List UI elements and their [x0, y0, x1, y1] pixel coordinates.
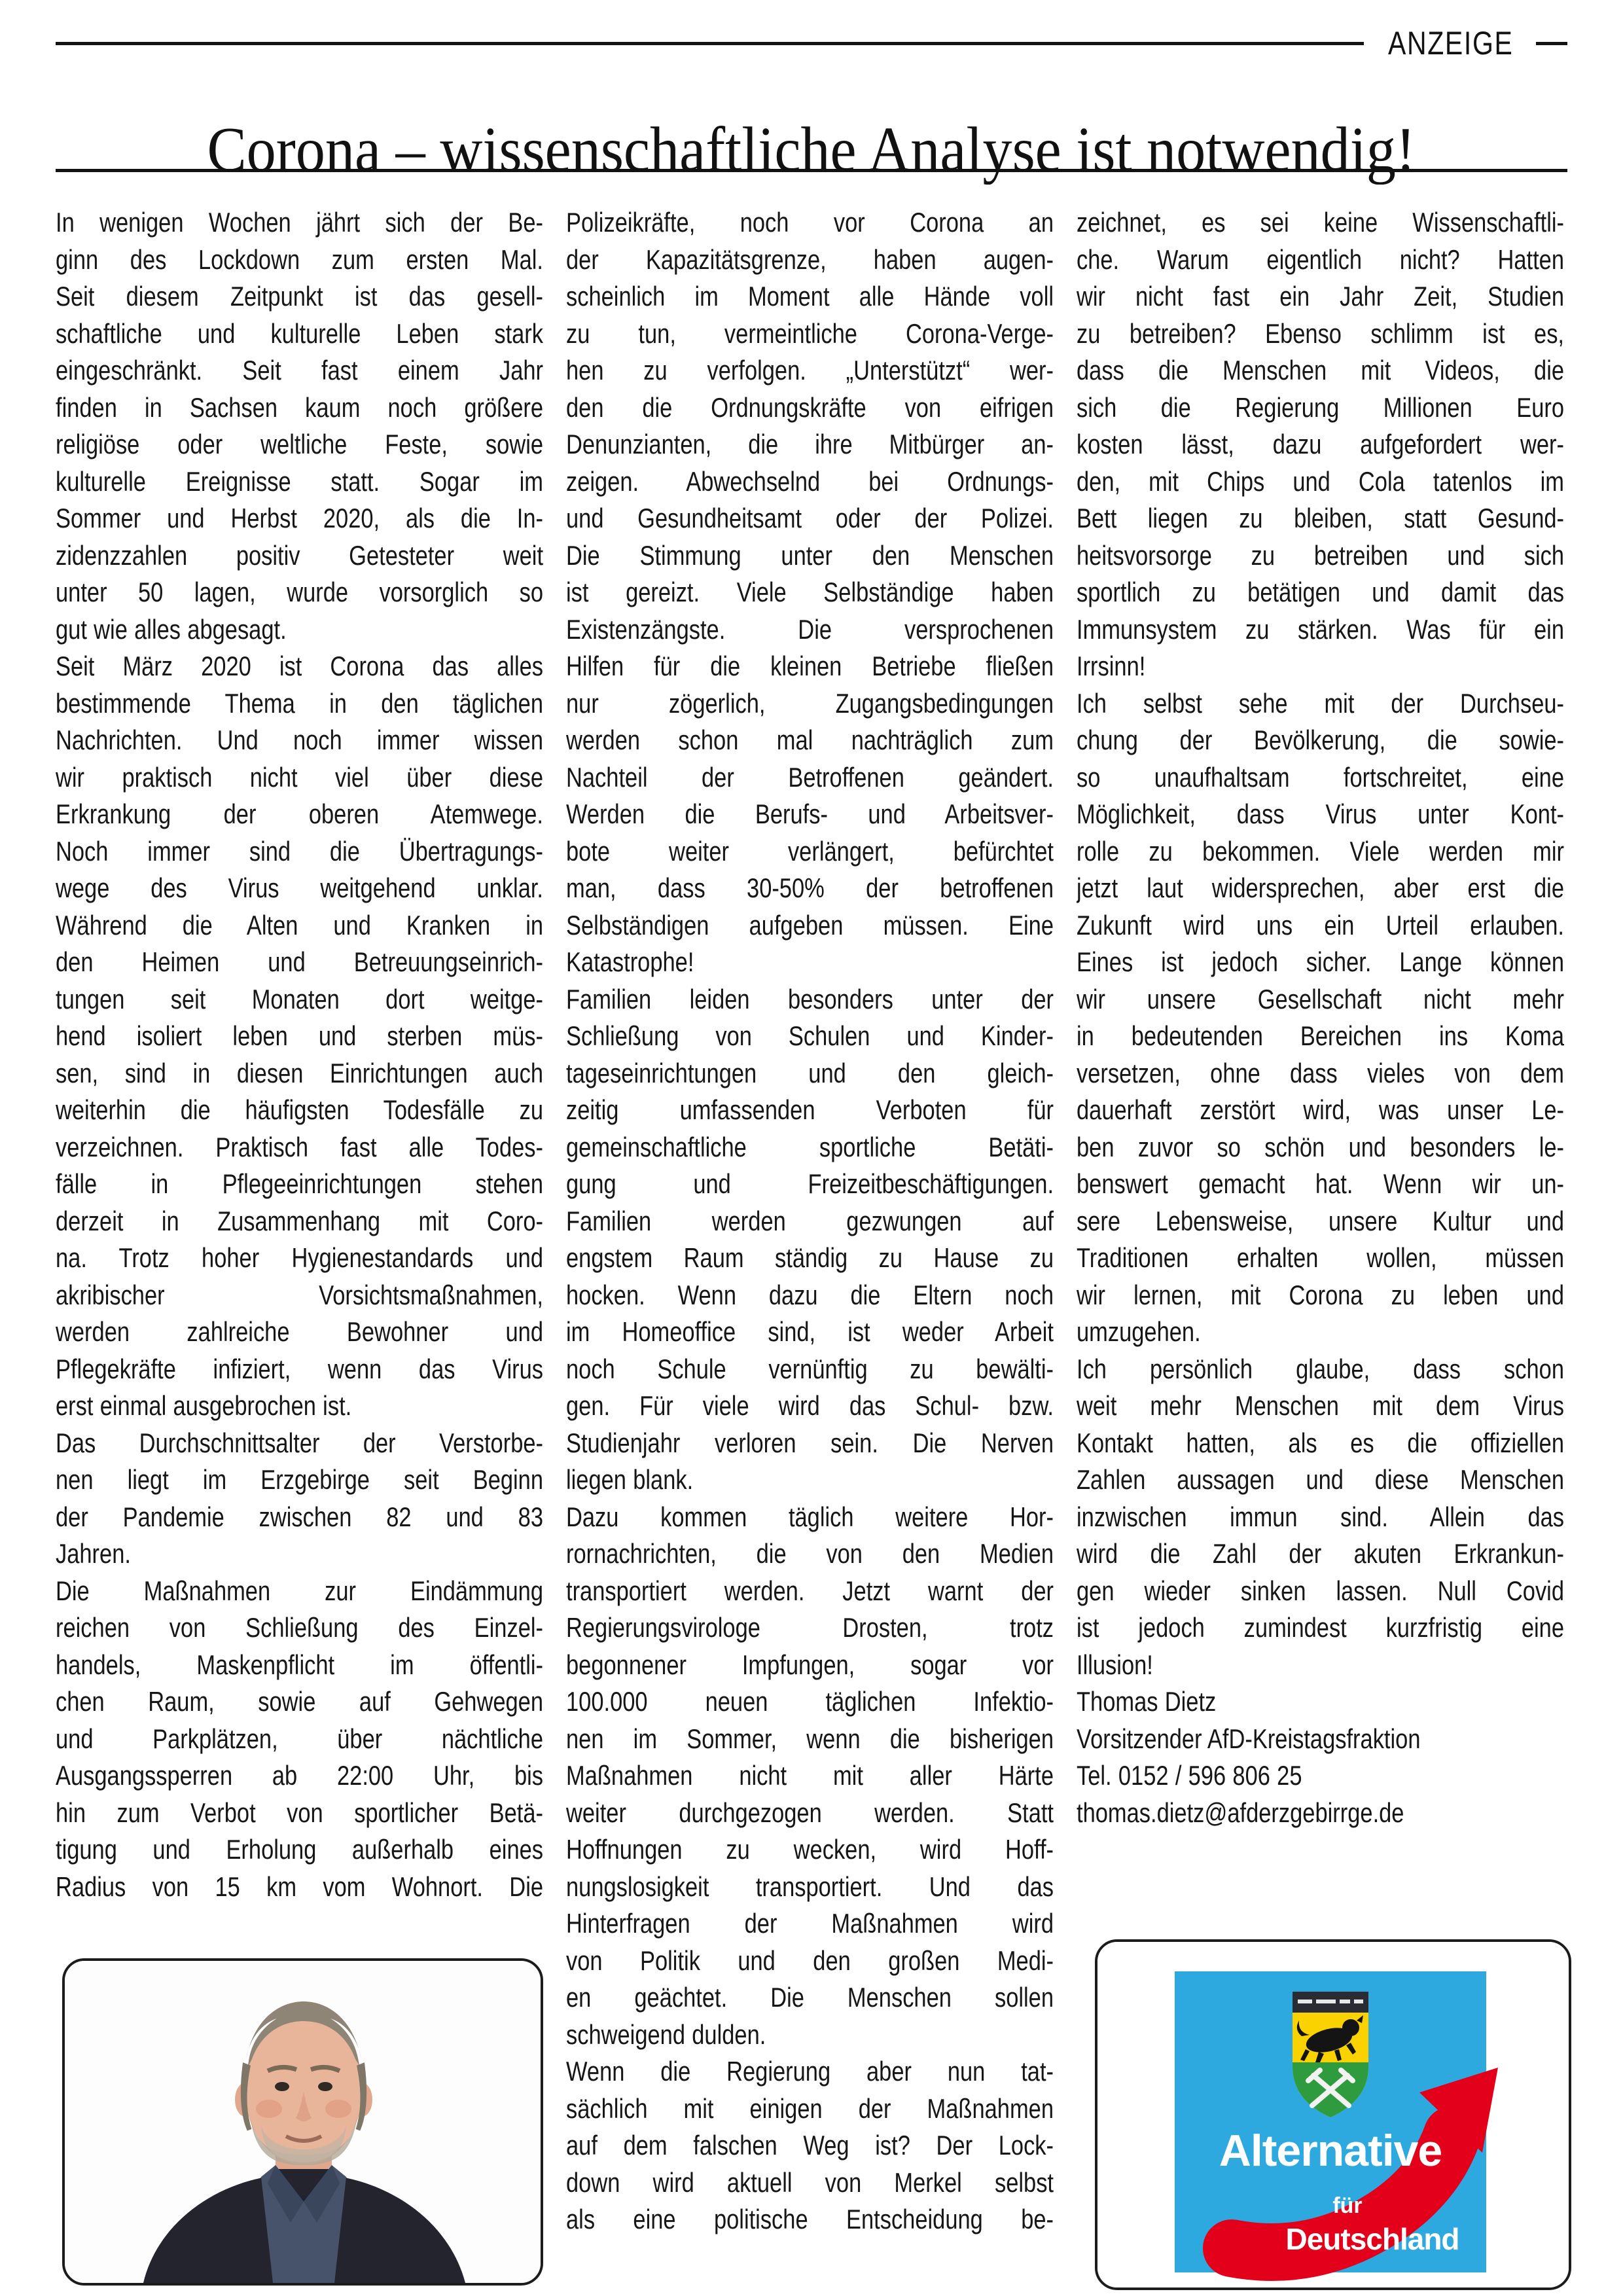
text-line: wege des Virus weitgehend unklar.: [56, 870, 543, 907]
text-line: tungen seit Monaten dort weitge-: [56, 981, 543, 1018]
header-rule-row: ANZEIGE: [56, 26, 1567, 60]
text-line: gen. Für viele wird das Schul- bzw.: [566, 1388, 1054, 1425]
text-line: gung und Freizeitbeschäftigungen.: [566, 1166, 1054, 1203]
text-line: Nachrichten. Und noch immer wissen: [56, 722, 543, 759]
text-line: Hinterfragen der Maßnahmen wird: [566, 1905, 1054, 1943]
text-line: auf dem falschen Weg ist? Der Lock-: [566, 2127, 1054, 2164]
text-line: Ausgangssperren ab 22:00 Uhr, bis: [56, 1757, 543, 1795]
text-line: versetzen, ohne dass vieles von dem: [1077, 1055, 1564, 1092]
text-line: Die Maßnahmen zur Eindämmung: [56, 1573, 543, 1610]
article-column-1: In wenigen Wochen jährt sich der Be-ginn…: [56, 204, 543, 2238]
text-line: Noch immer sind die Übertragungs-: [56, 833, 543, 870]
text-line: weit mehr Menschen mit dem Virus: [1077, 1388, 1564, 1425]
text-line: unter 50 lagen, wurde vorsorglich so: [56, 574, 543, 611]
portrait-eye-right: [318, 2082, 332, 2091]
text-line: noch Schule vernünftig zu bewälti-: [566, 1351, 1054, 1388]
text-line: chung der Bevölkerung, die sowie-: [1077, 722, 1564, 759]
text-line: 100.000 neuen täglichen Infektio-: [566, 1683, 1054, 1721]
text-line: sich die Regierung Millionen Euro: [1077, 389, 1564, 427]
text-line: weiter durchgezogen werden. Statt: [566, 1795, 1054, 1832]
text-line: Hoffnungen zu wecken, wird Hoff-: [566, 1831, 1054, 1869]
text-line: zeigen. Abwechselnd bei Ordnungs-: [566, 463, 1054, 501]
text-line: Nachteil der Betroffenen geändert.: [566, 759, 1054, 797]
page-title-text: Corona – wissenschaftliche Analyse ist n…: [207, 113, 1416, 186]
text-line: kosten lässt, dazu aufgefordert wer-: [1077, 426, 1564, 463]
article-column-3: zeichnet, es sei keine Wissenschaftli-ch…: [1077, 204, 1564, 2238]
text-line: Familien leiden besonders unter der: [566, 981, 1054, 1018]
text-line: erst einmal ausgebrochen ist.: [56, 1388, 543, 1425]
text-line: so unaufhaltsam fortschreitet, eine: [1077, 759, 1564, 797]
afd-wordmark: Alternative: [1219, 2126, 1442, 2176]
text-line: transportiert werden. Jetzt warnt der: [566, 1573, 1054, 1610]
text-line: tigung und Erholung außerhalb eines: [56, 1831, 543, 1869]
text-line: Bett liegen zu bleiben, statt Gesund-: [1077, 500, 1564, 537]
text-line: zeitig umfassenden Verboten für: [566, 1092, 1054, 1129]
text-line: den, mit Chips und Cola tatenlos im: [1077, 463, 1564, 501]
text-line: In wenigen Wochen jährt sich der Be-: [56, 204, 543, 242]
text-line: nur zögerlich, Zugangsbedingungen: [566, 685, 1054, 723]
text-line: und Gesundheitsamt oder der Polizei.: [566, 500, 1054, 537]
text-line: handels, Maskenpflicht im öffentli-: [56, 1647, 543, 1684]
text-line: Sommer und Herbst 2020, als die In-: [56, 500, 543, 537]
text-line: wird die Zahl der akuten Erkrankun-: [1077, 1535, 1564, 1573]
text-line: Ich persönlich glaube, dass schon: [1077, 1351, 1564, 1388]
page-title: Corona – wissenschaftliche Analyse ist n…: [0, 113, 1623, 186]
afd-logo-drawing: Alternative für Deutschland: [1097, 1942, 1569, 2287]
text-line: finden in Sachsen kaum noch größere: [56, 389, 543, 427]
text-line: Maßnahmen nicht mit aller Härte: [566, 1757, 1054, 1795]
text-line: Polizeikräfte, noch vor Corona an: [566, 204, 1054, 242]
text-line: und Parkplätzen, über nächtliche: [56, 1721, 543, 1758]
text-line: hend isoliert leben und sterben müs-: [56, 1018, 543, 1055]
text-line: Wenn die Regierung aber nun tat-: [566, 2053, 1054, 2090]
text-line: gut wie alles abgesagt.: [56, 611, 543, 649]
text-line: Zukunft wird uns ein Urteil erlauben.: [1077, 907, 1564, 944]
text-line: thomas.dietz@afderzgebirrge.de: [1077, 1795, 1564, 1832]
text-line: sere Lebensweise, unsere Kultur und: [1077, 1203, 1564, 1240]
text-line: Tel. 0152 / 596 806 25: [1077, 1757, 1564, 1795]
text-line: scheinlich im Moment alle Hände voll: [566, 278, 1054, 315]
text-line: Werden die Berufs- und Arbeitsver-: [566, 796, 1054, 833]
text-line: schweigend dulden.: [566, 2017, 1054, 2054]
text-line: verzeichnen. Praktisch fast alle Todes-: [56, 1129, 543, 1166]
text-line: der Kapazitätsgrenze, haben augen-: [566, 242, 1054, 279]
text-line: im Homeoffice sind, ist weder Arbeit: [566, 1314, 1054, 1351]
text-line: fälle in Pflegeeinrichtungen stehen: [56, 1166, 543, 1203]
portrait-cheek-left: [256, 2100, 282, 2118]
text-line: werden schon mal nachträglich zum: [566, 722, 1054, 759]
text-line: hen zu verfolgen. „Unterstützt“ wer-: [566, 352, 1054, 389]
title-divider-rule: [56, 169, 1567, 172]
text-line: liegen blank.: [566, 1462, 1054, 1499]
text-line: nen liegt im Erzgebirge seit Beginn: [56, 1462, 543, 1499]
text-line: benswert gemacht hat. Wenn wir un-: [1077, 1166, 1564, 1203]
text-line: in bedeutenden Bereichen ins Koma: [1077, 1018, 1564, 1055]
text-line: akribischer Vorsichtsmaßnahmen,: [56, 1277, 543, 1314]
text-line: nungslosigkeit transportiert. Und das: [566, 1869, 1054, 1906]
text-line: sportlich zu betätigen und damit das: [1077, 574, 1564, 611]
text-line: werden zahlreiche Bewohner und: [56, 1314, 543, 1351]
text-line: schaftliche und kulturelle Leben stark: [56, 315, 543, 353]
portrait-photo-drawing: [65, 1961, 541, 2283]
text-line: engstem Raum ständig zu Hause zu: [566, 1240, 1054, 1277]
text-line: Radius von 15 km vom Wohnort. Die: [56, 1869, 543, 1906]
text-line: bestimmende Thema in den täglichen: [56, 685, 543, 723]
text-line: ist jedoch zumindest kurzfristig eine: [1077, 1609, 1564, 1647]
text-line: Während die Alten und Kranken in: [56, 907, 543, 944]
text-line: religiöse oder weltliche Feste, sowie: [56, 426, 543, 463]
afd-country-label: Deutschland: [1285, 2222, 1459, 2256]
text-line: Hilfen für die kleinen Betriebe fließen: [566, 648, 1054, 685]
text-line: na. Trotz hoher Hygienestandards und: [56, 1240, 543, 1277]
text-line: hin zum Verbot von sportlicher Betä-: [56, 1795, 543, 1832]
text-line: Dazu kommen täglich weitere Hor-: [566, 1499, 1054, 1536]
text-line: sen, sind in diesen Einrichtungen auch: [56, 1055, 543, 1092]
text-line: dauerhaft zerstört wird, was unser Le-: [1077, 1092, 1564, 1129]
text-line: Eines ist jedoch sicher. Lange können: [1077, 944, 1564, 981]
text-line: down wird aktuell von Merkel selbst: [566, 2164, 1054, 2202]
text-line: der Pandemie zwischen 82 und 83: [56, 1499, 543, 1536]
text-line: Kontakt hatten, als es die offiziellen: [1077, 1425, 1564, 1462]
text-line: Existenzängste. Die versprochenen: [566, 611, 1054, 649]
text-line: ginn des Lockdown zum ersten Mal.: [56, 242, 543, 279]
text-line: als eine politische Entscheidung be-: [566, 2201, 1054, 2238]
text-line: Familien werden gezwungen auf: [566, 1203, 1054, 1240]
portrait-eye-left: [275, 2082, 289, 2091]
text-line: zidenzzahlen positiv Getesteter weit: [56, 537, 543, 575]
portrait-photo: [62, 1958, 543, 2286]
text-line: gemeinschaftliche sportliche Betäti-: [566, 1129, 1054, 1166]
text-line: zu tun, vermeintliche Corona-Verge-: [566, 315, 1054, 353]
text-line: Erkrankung der oberen Atemwege.: [56, 796, 543, 833]
text-line: rornachrichten, die von den Medien: [566, 1535, 1054, 1573]
text-line: Seit März 2020 ist Corona das alles: [56, 648, 543, 685]
text-line: sächlich mit einigen der Maßnahmen: [566, 2090, 1054, 2128]
text-line: ist gereizt. Viele Selbständige haben: [566, 574, 1054, 611]
text-line: zeichnet, es sei keine Wissenschaftli-: [1077, 204, 1564, 242]
text-line: umzugehen.: [1077, 1314, 1564, 1351]
text-line: Immunsystem zu stärken. Was für ein: [1077, 611, 1564, 649]
text-line: jetzt laut widersprechen, aber erst die: [1077, 870, 1564, 907]
text-line: Denunzianten, die ihre Mitbürger an-: [566, 426, 1054, 463]
text-line: Schließung von Schulen und Kinder-: [566, 1018, 1054, 1055]
text-line: Zahlen aussagen und diese Menschen: [1077, 1462, 1564, 1499]
text-line: dass die Menschen mit Videos, die: [1077, 352, 1564, 389]
header-rule-left: [56, 42, 1364, 45]
text-line: Illusion!: [1077, 1647, 1564, 1684]
text-line: Irrsinn!: [1077, 648, 1564, 685]
text-line: Selbständigen aufgeben müssen. Eine: [566, 907, 1054, 944]
text-line: begonnener Impfungen, sogar vor: [566, 1647, 1054, 1684]
text-line: wir lernen, mit Corona zu leben und: [1077, 1277, 1564, 1314]
text-line: Vorsitzender AfD-Kreistagsfraktion: [1077, 1721, 1564, 1758]
text-line: wir praktisch nicht viel über diese: [56, 759, 543, 797]
text-line: nen im Sommer, wenn die bisherigen: [566, 1721, 1054, 1758]
text-line: kulturelle Ereignisse statt. Sogar im: [56, 463, 543, 501]
text-line: heitsvorsorge zu betreiben und sich: [1077, 537, 1564, 575]
text-line: eingeschränkt. Seit fast einem Jahr: [56, 352, 543, 389]
text-line: Thomas Dietz: [1077, 1683, 1564, 1721]
text-line: Traditionen erhalten wollen, müssen: [1077, 1240, 1564, 1277]
text-line: von Politik und den großen Medi-: [566, 1943, 1054, 1980]
text-line: Das Durchschnittsalter der Verstorbe-: [56, 1425, 543, 1462]
text-line: reichen von Schließung des Einzel-: [56, 1609, 543, 1647]
text-line: Pflegekräfte infiziert, wenn das Virus: [56, 1351, 543, 1388]
text-line: derzeit in Zusammenhang mit Coro-: [56, 1203, 543, 1240]
text-line: rolle zu bekommen. Viele werden mir: [1077, 833, 1564, 870]
text-line: Regierungsvirologe Drosten, trotz: [566, 1609, 1054, 1647]
text-line: Seit diesem Zeitpunkt ist das gesell-: [56, 278, 543, 315]
text-line: inzwischen immun sind. Allein das: [1077, 1499, 1564, 1536]
text-line: wir unsere Gesellschaft nicht mehr: [1077, 981, 1564, 1018]
text-line: wir nicht fast ein Jahr Zeit, Studien: [1077, 278, 1564, 315]
article-column-2: Polizeikräfte, noch vor Corona ander Kap…: [566, 204, 1054, 2238]
text-line: Ich selbst sehe mit der Durchseu-: [1077, 685, 1564, 723]
text-line: weiterhin die häufigsten Todesfälle zu: [56, 1092, 543, 1129]
text-line: zu betreiben? Ebenso schlimm ist es,: [1077, 315, 1564, 353]
text-line: hocken. Wenn dazu die Eltern noch: [566, 1277, 1054, 1314]
text-line: en geächtet. Die Menschen sollen: [566, 1979, 1054, 2017]
text-line: Jahren.: [56, 1535, 543, 1573]
text-line: bote weiter verlängert, befürchtet: [566, 833, 1054, 870]
text-line: Möglichkeit, dass Virus unter Kont-: [1077, 796, 1564, 833]
anzeige-label: ANZEIGE: [1388, 24, 1513, 62]
text-line: ben zuvor so schön und besonders le-: [1077, 1129, 1564, 1166]
text-line: Katastrophe!: [566, 944, 1054, 981]
portrait-cheek-right: [325, 2100, 351, 2118]
text-line: Die Stimmung unter den Menschen: [566, 537, 1054, 575]
text-line: man, dass 30-50% der betroffenen: [566, 870, 1054, 907]
text-line: chen Raum, sowie auf Gehwegen: [56, 1683, 543, 1721]
article-body: In wenigen Wochen jährt sich der Be-ginn…: [56, 204, 1567, 2238]
text-line: den die Ordnungskräfte von eifrigen: [566, 389, 1054, 427]
text-line: Studienjahr verloren sein. Die Nerven: [566, 1425, 1054, 1462]
text-line: tageseinrichtungen und den gleich-: [566, 1055, 1054, 1092]
header-rule-right: [1536, 42, 1567, 45]
text-line: den Heimen und Betreuungseinrich-: [56, 944, 543, 981]
text-line: che. Warum eigentlich nicht? Hatten: [1077, 242, 1564, 279]
afd-fuer-label: für: [1332, 2193, 1362, 2218]
text-line: gen wieder sinken lassen. Null Covid: [1077, 1573, 1564, 1610]
afd-logo: Alternative für Deutschland: [1095, 1939, 1571, 2290]
